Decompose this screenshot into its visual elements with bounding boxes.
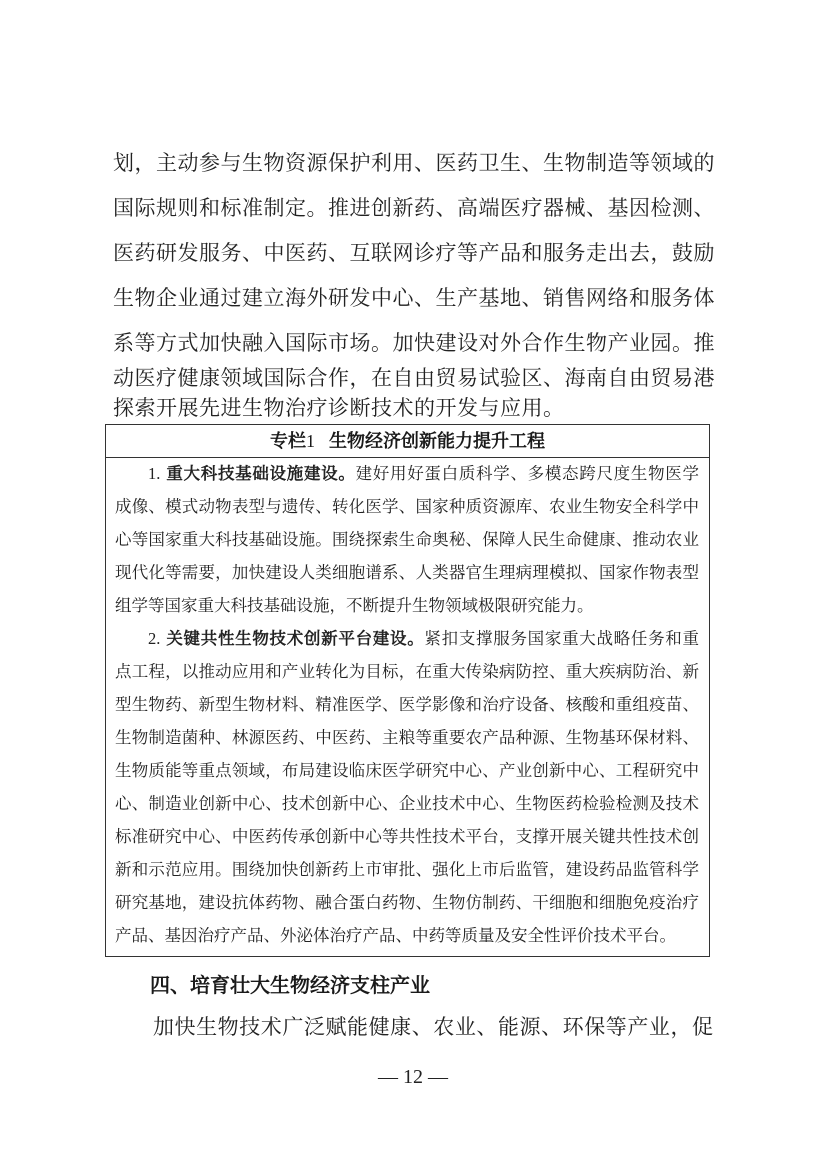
box-line: 新和示范应用。围绕加快创新药上市审批、强化上市后监管，建设药品监管科学 xyxy=(115,856,699,884)
paragraph-line: 生物企业通过建立海外研发中心、生产基地、销售网络和服务体 xyxy=(113,283,713,313)
document-page: 划，主动参与生物资源保护利用、医药卫生、生物制造等领域的 国际规则和标准制定。推… xyxy=(0,0,826,1169)
item-text: 建好用好蛋白质科学、多模态跨尺度生物医学 xyxy=(356,464,699,483)
box-header: 专栏1生物经济创新能力提升工程 xyxy=(106,425,709,458)
box-line: 生物质能等重点领域，布局建设临床医学研究中心、产业创新中心、工程研究中 xyxy=(115,757,699,785)
box-line: 型生物药、新型生物材料、精准医学、医学影像和治疗设备、核酸和重组疫苗、 xyxy=(115,691,699,719)
box-line: 产品、基因治疗产品、外泌体治疗产品、中药等质量及安全性评价技术平台。 xyxy=(115,922,699,950)
section-heading: 四、培育壮大生物经济支柱产业 xyxy=(150,970,430,1000)
paragraph-line: 动医疗健康领域国际合作，在自由贸易试验区、海南自由贸易港 xyxy=(113,363,713,393)
feature-box: 专栏1生物经济创新能力提升工程 1. 重大科技基础设施建设。建好用好蛋白质科学、… xyxy=(105,424,710,957)
item-text: 紧扣支撑服务国家重大战略任务和重 xyxy=(424,629,699,648)
box-line: 生物制造菌种、林源医药、中医药、主粮等重要农产品种源、生物基环保材料、 xyxy=(115,724,699,752)
paragraph-line: 医药研发服务、中医药、互联网诊疗等产品和服务走出去，鼓励 xyxy=(113,238,713,268)
box-line: 研究基地，建设抗体药物、融合蛋白药物、生物仿制药、干细胞和细胞免疫治疗 xyxy=(115,889,699,917)
box-item-2-first-line: 2. 关键共性生物技术创新平台建设。紧扣支撑服务国家重大战略任务和重 xyxy=(148,625,699,653)
paragraph-line: 加快生物技术广泛赋能健康、农业、能源、环保等产业，促 xyxy=(153,1012,713,1042)
paragraph-line: 探索开展先进生物治疗诊断技术的开发与应用。 xyxy=(113,393,713,423)
box-number: 1 xyxy=(306,431,315,451)
item-number: 2. xyxy=(148,629,160,648)
page-number: — 12 — xyxy=(0,1064,826,1090)
paragraph-line: 划，主动参与生物资源保护利用、医药卫生、生物制造等领域的 xyxy=(113,148,713,178)
box-line: 标准研究中心、中医药传承创新中心等共性技术平台，支撑开展关键共性技术创 xyxy=(115,823,699,851)
box-line: 成像、模式动物表型与遗传、转化医学、国家种质资源库、农业生物安全科学中 xyxy=(115,493,699,521)
box-line: 现代化等需要，加快建设人类细胞谱系、人类器官生理病理模拟、国家作物表型 xyxy=(115,559,699,587)
box-title: 生物经济创新能力提升工程 xyxy=(329,431,545,452)
paragraph-line: 系等方式加快融入国际市场。加快建设对外合作生物产业园。推 xyxy=(113,328,713,358)
box-label: 专栏 xyxy=(270,431,306,452)
box-line: 点工程，以推动应用和产业转化为目标，在重大传染病防控、重大疾病防治、新 xyxy=(115,658,699,686)
box-line: 组学等国家重大科技基础设施，不断提升生物领域极限研究能力。 xyxy=(115,592,699,620)
box-line: 心、制造业创新中心、技术创新中心、企业技术中心、生物医药检验检测及技术 xyxy=(115,790,699,818)
item-keyword: 重大科技基础设施建设。 xyxy=(166,464,355,483)
item-keyword: 关键共性生物技术创新平台建设。 xyxy=(166,629,424,648)
box-item-1-first-line: 1. 重大科技基础设施建设。建好用好蛋白质科学、多模态跨尺度生物医学 xyxy=(148,460,699,488)
paragraph-line: 国际规则和标准制定。推进创新药、高端医疗器械、基因检测、 xyxy=(113,193,713,223)
item-number: 1. xyxy=(148,464,160,483)
box-line: 心等国家重大科技基础设施。围绕探索生命奥秘、保障人民生命健康、推动农业 xyxy=(115,526,699,554)
